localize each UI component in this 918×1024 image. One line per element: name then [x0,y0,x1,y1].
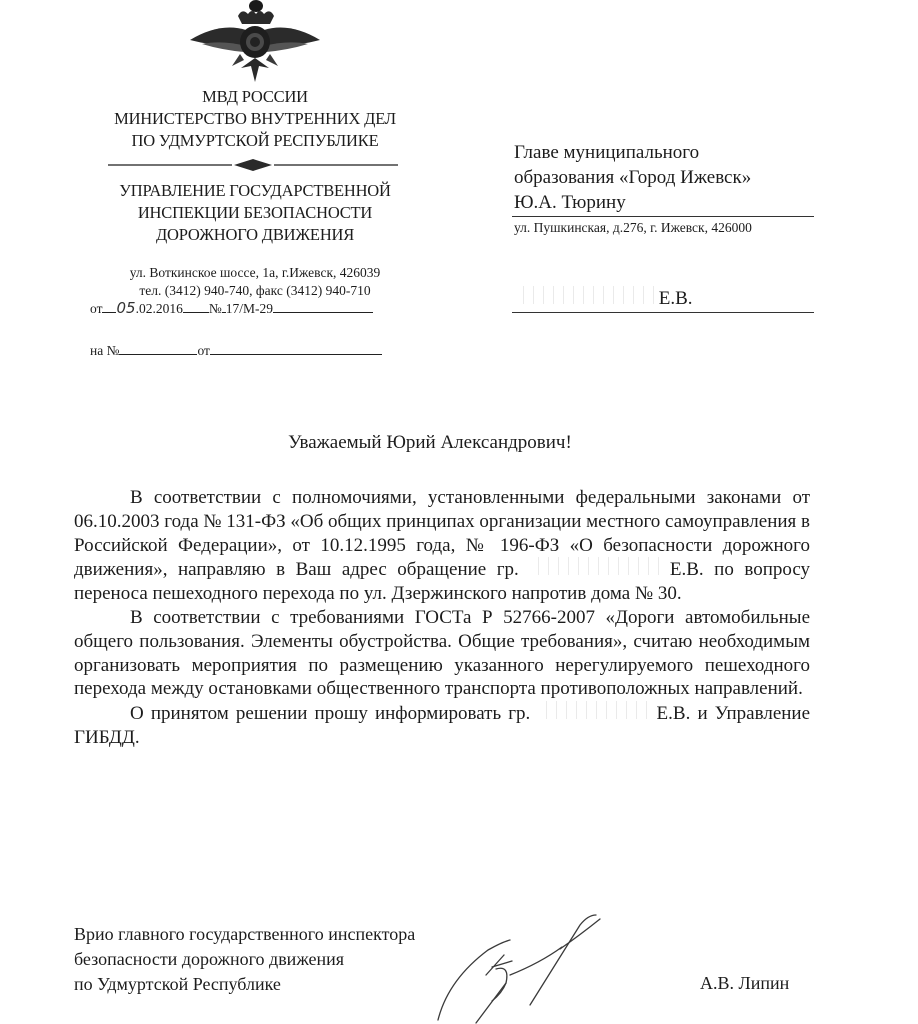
addressee-address: ул. Пушкинская, д.276, г. Ижевск, 426000 [514,219,752,237]
addressee-line: образования «Город Ижевск» [514,165,751,190]
handwritten-signature-icon [430,905,630,1024]
mvd-emblem-icon [182,0,328,86]
signatory-name: А.В. Липин [700,973,789,994]
letter-body: В соответствии с полномочиями, установле… [74,486,810,750]
addressee-name: Ю.А. Тюрину [514,190,626,215]
letterhead-divider [108,158,398,170]
salutation: Уважаемый Юрий Александрович! [60,432,800,454]
number-value: 17/М-29 [226,301,273,316]
signatory-title: Врио главного государственного инспектор… [74,922,415,997]
dept-name-line: ДОРОЖНОГО ДВИЖЕНИЯ [60,224,450,246]
reply-prefix: на № [90,343,119,358]
sender-address: ул. Воткинское шоссе, 1а, г.Ижевск, 4260… [60,264,450,282]
date-rest: .02.2016 [136,301,183,316]
addressee-rule [512,216,814,217]
org-name-line: МИНИСТЕРСТВО ВНУТРЕННИХ ДЕЛ [60,108,450,130]
outgoing-reference: от05.02.2016№17/М-29 [90,298,373,318]
date-day-handwritten: 05 [116,299,135,317]
date-prefix: от [90,301,102,316]
copy-recipient-rule [512,312,814,313]
reply-from: от [197,343,209,358]
copy-recipient-initials: Е.В. [659,288,693,309]
redacted-surname [529,557,659,575]
incoming-reference: на №от [90,340,382,360]
redacted-surname [514,286,654,304]
paragraph-2: В соответствии с требованиями ГОСТа Р 52… [74,606,810,701]
addressee-line: Главе муниципального [514,140,699,165]
redacted-surname [537,701,649,719]
number-prefix: № [209,301,222,316]
paragraph-3: О принятом решении прошу информировать г… [74,701,810,750]
paragraph-1: В соответствии с полномочиями, установле… [74,486,810,606]
org-name-line: ПО УДМУРТСКОЙ РЕСПУБЛИКЕ [60,130,450,152]
dept-name-line: ИНСПЕКЦИИ БЕЗОПАСНОСТИ [60,202,450,224]
org-name-line: МВД РОССИИ [60,86,450,108]
dept-name-line: УПРАВЛЕНИЕ ГОСУДАРСТВЕННОЙ [60,180,450,202]
copy-recipient: Е.В. [514,286,693,311]
